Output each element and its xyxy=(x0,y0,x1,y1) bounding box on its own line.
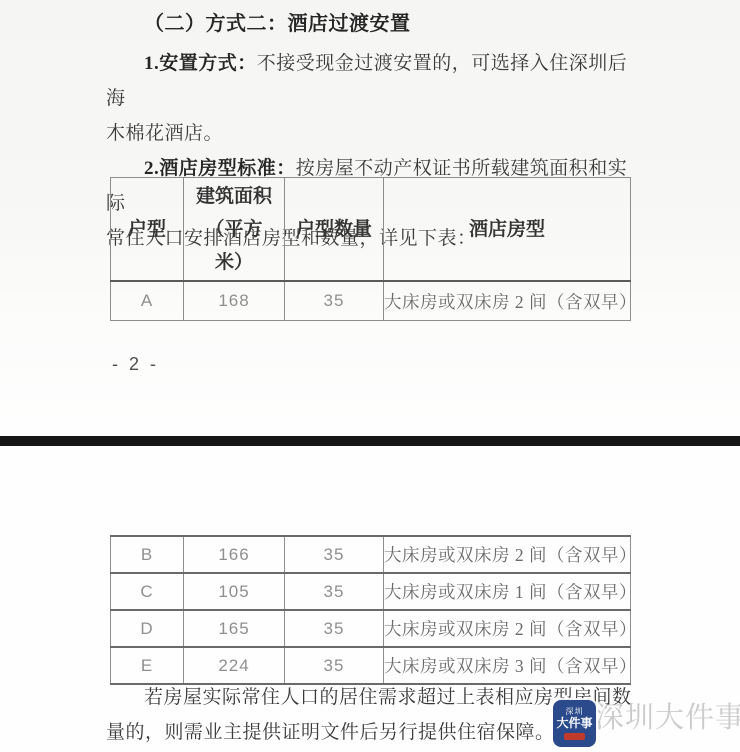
cell-unit-count: 35 xyxy=(285,610,384,647)
header-floor-area: 建筑面积（平方米） xyxy=(184,178,285,282)
document-screenshot: （二）方式二：酒店过渡安置 1.安置方式：不接受现金过渡安置的，可选择入住深圳后… xyxy=(0,0,740,752)
cell-unit-count: 35 xyxy=(285,281,384,321)
table-row: C 105 35 大床房或双床房 1 间（含双早） xyxy=(111,573,631,610)
table2-body: B 166 35 大床房或双床房 2 间（含双早） C 105 35 大床房或双… xyxy=(111,536,631,684)
table-row: E 224 35 大床房或双床房 3 间（含双早） xyxy=(111,647,631,684)
page-number: - 2 - xyxy=(112,354,159,375)
section-heading: （二）方式二：酒店过渡安置 xyxy=(106,8,638,40)
cell-floor-area: 165 xyxy=(184,610,285,647)
room-type-table-page2: B 166 35 大床房或双床房 2 间（含双早） C 105 35 大床房或双… xyxy=(110,535,631,685)
table1-body: A 168 35 大床房或双床房 2 间（含双早） xyxy=(111,281,631,321)
watermark-text: 深圳大件事 xyxy=(595,701,740,737)
cell-unit-count: 35 xyxy=(285,573,384,610)
cell-unit-type: B xyxy=(111,536,184,573)
logo-main-label: 大件事 xyxy=(556,716,592,730)
cell-unit-count: 35 xyxy=(285,647,384,684)
cell-unit-count: 35 xyxy=(285,536,384,573)
cell-floor-area: 168 xyxy=(184,281,285,321)
table-row: B 166 35 大床房或双床房 2 间（含双早） xyxy=(111,536,631,573)
cell-unit-type: C xyxy=(111,573,184,610)
page-divider-bar xyxy=(0,436,740,446)
table-row: D 165 35 大床房或双床房 2 间（含双早） xyxy=(111,610,631,647)
cell-hotel-room-type: 大床房或双床房 2 间（含双早） xyxy=(384,281,631,321)
cell-hotel-room-type: 大床房或双床房 2 间（含双早） xyxy=(384,610,631,647)
closing-line2: 量的，则需业主提供证明文件后另行提供住宿保障。 xyxy=(106,722,555,743)
paragraph-placement-method: 1.安置方式：不接受现金过渡安置的，可选择入住深圳后海 木棉花酒店。 xyxy=(106,46,638,151)
header-hotel-room-type: 酒店房型 xyxy=(384,178,631,282)
paragraph-1-label: 1.安置方式： xyxy=(144,53,257,74)
cell-unit-type: E xyxy=(111,647,184,684)
paragraph-1-line2: 木棉花酒店。 xyxy=(106,123,223,144)
shenzhen-dajianshi-logo: 深圳 大件事 xyxy=(553,700,596,747)
table-header-row: 户型 建筑面积（平方米） 户型数量 酒店房型 xyxy=(111,178,631,282)
paragraph-2-label: 2.酒店房型标准： xyxy=(144,158,296,179)
table-row: A 168 35 大床房或双床房 2 间（含双早） xyxy=(111,281,631,321)
cell-hotel-room-type: 大床房或双床房 2 间（含双早） xyxy=(384,536,631,573)
cell-unit-type: D xyxy=(111,610,184,647)
cell-floor-area: 224 xyxy=(184,647,285,684)
logo-red-banner xyxy=(564,733,585,740)
page-2: B 166 35 大床房或双床房 2 间（含双早） C 105 35 大床房或双… xyxy=(0,446,740,752)
cell-unit-type: A xyxy=(111,281,184,321)
room-type-table-page1: 户型 建筑面积（平方米） 户型数量 酒店房型 A 168 35 大床房或双床房 … xyxy=(110,177,631,321)
page-1: （二）方式二：酒店过渡安置 1.安置方式：不接受现金过渡安置的，可选择入住深圳后… xyxy=(0,0,740,436)
cell-hotel-room-type: 大床房或双床房 3 间（含双早） xyxy=(384,647,631,684)
cell-floor-area: 105 xyxy=(184,573,285,610)
cell-floor-area: 166 xyxy=(184,536,285,573)
cell-hotel-room-type: 大床房或双床房 1 间（含双早） xyxy=(384,573,631,610)
header-unit-type: 户型 xyxy=(111,178,184,282)
header-unit-count: 户型数量 xyxy=(285,178,384,282)
logo-city-label: 深圳 xyxy=(566,707,584,716)
